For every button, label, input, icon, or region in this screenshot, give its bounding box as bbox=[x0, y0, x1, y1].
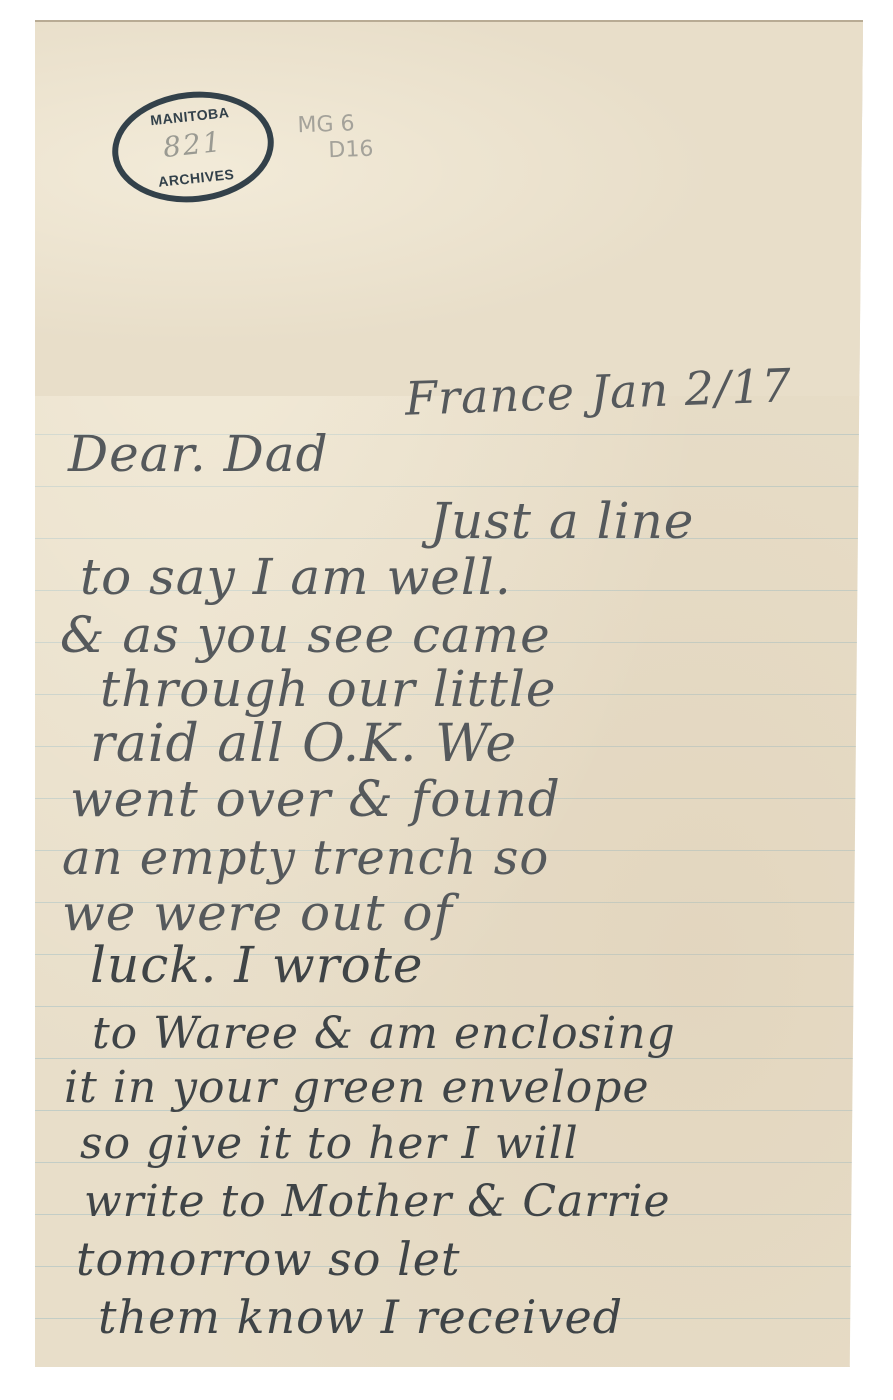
letter-line: it in your green envelope bbox=[64, 1062, 649, 1113]
letter-line: luck. I wrote bbox=[90, 936, 423, 994]
pencil-note-line-1: MG 6 bbox=[297, 111, 373, 140]
letter-line: & as you see came bbox=[60, 606, 551, 664]
letter-line: Just a line bbox=[430, 492, 694, 550]
pencil-reference-note: MG 6 D16 bbox=[297, 111, 374, 166]
letter-line: went over & found bbox=[70, 770, 561, 828]
letter-line: them know I received bbox=[98, 1290, 623, 1344]
pencil-note-line-2: D16 bbox=[298, 137, 374, 166]
page-top-edge bbox=[35, 20, 863, 22]
letter-line: an empty trench so bbox=[62, 830, 549, 886]
letter-line: we were out of bbox=[62, 884, 453, 942]
letter-salutation: Dear. Dad bbox=[68, 425, 329, 483]
letter-line: to Waree & am enclosing bbox=[92, 1008, 676, 1059]
letter-line: through our little bbox=[100, 660, 556, 718]
letter-line: raid all O.K. We bbox=[90, 714, 517, 774]
letter-line: tomorrow so let bbox=[76, 1232, 461, 1286]
unruled-header-area bbox=[35, 20, 863, 396]
letter-line: write to Mother & Carrie bbox=[84, 1176, 670, 1227]
letter-line: so give it to her I will bbox=[80, 1118, 579, 1169]
letter-line: to say I am well. bbox=[80, 548, 512, 606]
